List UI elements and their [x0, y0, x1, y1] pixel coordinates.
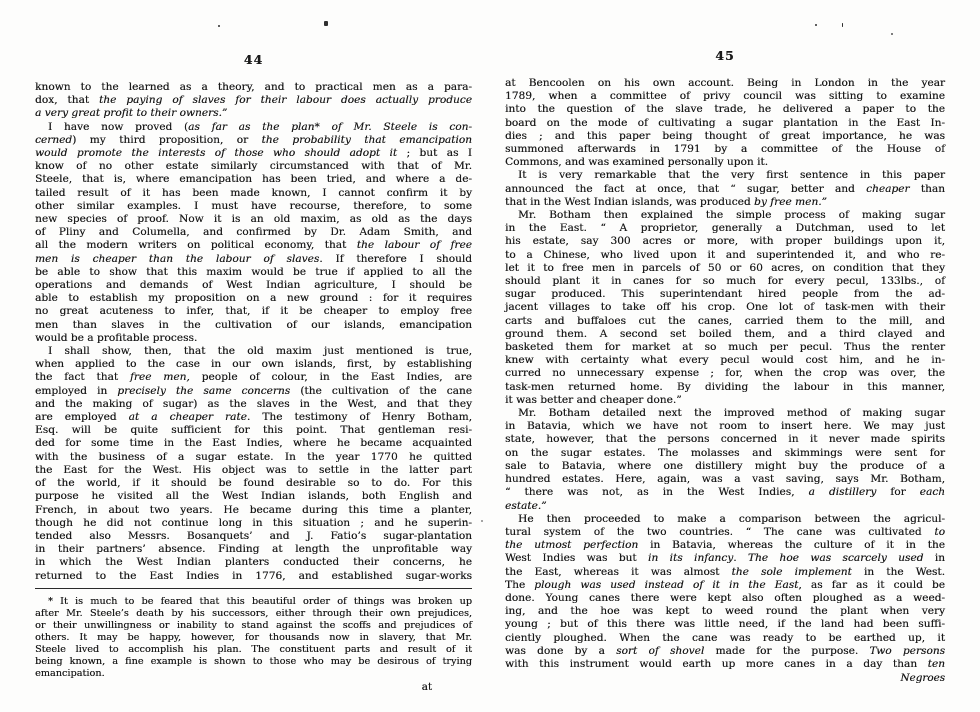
text-line: in Batavia, which we have not room to in…: [505, 420, 945, 433]
page-45-body-text: at Bencoolen on his own account. Being i…: [505, 77, 945, 671]
text-line: being known, a fine example is shown to …: [35, 656, 472, 668]
text-line: curred no unnecessary expense ; for, whe…: [505, 367, 945, 380]
text-line: known to the learned as a theory, and to…: [35, 81, 472, 94]
text-line: on the sugar estates. The molasses and s…: [505, 447, 945, 460]
text-line: announced the fact at once, that “ sugar…: [505, 183, 945, 196]
text-line: men than slaves in the cultivation of ou…: [35, 319, 472, 332]
footnote-separator: [35, 588, 472, 589]
text-line: other similar examples. I must have reco…: [35, 200, 472, 213]
text-line: or their unwillingness or inability to s…: [35, 620, 472, 632]
text-line: He then proceeded to make a comparison b…: [505, 513, 945, 526]
scan-speck: [842, 23, 843, 27]
text-line: in which the West Indian planters conduc…: [35, 556, 472, 569]
text-line: tended also Messrs. Bosanquets’ and J. F…: [35, 530, 472, 543]
page-number-45: 45: [505, 48, 945, 63]
text-line: sugar produced. This superintendant hire…: [505, 288, 945, 301]
text-line: of the world, if it should be found desi…: [35, 477, 472, 490]
text-line: it was better and cheaper done.”: [505, 394, 945, 407]
text-line: let it to free men in parcels of 50 or 6…: [505, 262, 945, 275]
text-line: his estate, say 300 acres or more, with …: [505, 235, 945, 248]
text-line: in their partners’ absence. Finding at l…: [35, 543, 472, 556]
text-line: Steele lived to accomplish his plan. The…: [35, 644, 472, 656]
page-44-footnote: * It is much to be feared that this beau…: [35, 596, 472, 680]
text-line: men is cheaper than the labour of slaves…: [35, 253, 472, 266]
text-line: ciently ploughed. When the cane was read…: [505, 632, 945, 645]
text-line: tural system of the two countries. “ The…: [505, 526, 945, 539]
text-line: Mr. Botham then explained the simple pro…: [505, 209, 945, 222]
text-line: jacent villages to take off his crop. On…: [505, 301, 945, 314]
text-line: the utmost perfection in Batavia, wherea…: [505, 539, 945, 552]
text-line: when applied to the case in our own isla…: [35, 358, 472, 371]
text-line: basketed them for market at so much per …: [505, 341, 945, 354]
page-number-44: 44: [35, 52, 472, 67]
text-line: dox, that the paying of slaves for their…: [35, 94, 472, 107]
text-line: It is very remarkable that the very firs…: [505, 169, 945, 182]
text-line: returned to the East Indies in 1776, and…: [35, 570, 472, 583]
text-line: ground them. A second set boiled them, a…: [505, 328, 945, 341]
text-line: of Pliny and Columella, and confirmed by…: [35, 226, 472, 239]
text-line: the East for the West. His object was to…: [35, 464, 472, 477]
left-page: 44 known to the learned as a theory, and…: [35, 52, 472, 693]
text-line: are employed at a cheaper rate. The test…: [35, 411, 472, 424]
text-line: that in the West Indian islands, was pro…: [505, 196, 945, 209]
catchword-page-44: at: [35, 681, 472, 693]
text-line: Commons, and was examined personally upo…: [505, 156, 945, 169]
text-line: ing, and the hoe was kept to weed round …: [505, 605, 945, 618]
text-line: cerned) my third proposition, or the pro…: [35, 134, 472, 147]
text-line: purpose he visited all the West Indian i…: [35, 490, 472, 503]
scan-speck: [481, 520, 483, 522]
text-line: knew with certainty what every pecul wou…: [505, 354, 945, 367]
text-line: French, in about two years. He became du…: [35, 504, 472, 517]
text-line: emancipation.: [35, 668, 472, 680]
text-line: ded for some time in the East Indies, wh…: [35, 437, 472, 450]
text-line: operations and demands of West Indian ag…: [35, 279, 472, 292]
scan-speck: [891, 33, 893, 35]
text-line: * It is much to be feared that this beau…: [35, 596, 472, 608]
text-line: young ; but of this there was little nee…: [505, 618, 945, 631]
text-line: the fact that free men, people of colour…: [35, 371, 472, 384]
text-line: new species of proof. Now it is an old m…: [35, 213, 472, 226]
text-line: The plough was used instead of it in the…: [505, 579, 945, 592]
text-line: no great acuteness to infer, that, if it…: [35, 305, 472, 318]
text-line: state, however, that the persons concern…: [505, 433, 945, 446]
text-line: though he did not continue long in this …: [35, 517, 472, 530]
text-line: all the modern writers on political econ…: [35, 239, 472, 252]
text-line: task-men returned home. By dividing the …: [505, 381, 945, 394]
right-page: 45 at Bencoolen on his own account. Bein…: [505, 48, 945, 684]
text-line: with the business of a sugar estate. In …: [35, 451, 472, 464]
text-line: Esq. will be quite sufficient for this p…: [35, 424, 472, 437]
text-line: sale to Batavia, where one distillery mi…: [505, 460, 945, 473]
text-line: be able to show that this maxim would be…: [35, 266, 472, 279]
text-line: board on the mode of cultivating a sugar…: [505, 117, 945, 130]
scan-speck: [815, 24, 817, 26]
text-line: summoned afterwards in 1791 by a committ…: [505, 143, 945, 156]
text-line: others. It may be happy, however, for th…: [35, 632, 472, 644]
text-line: I have now proved (as far as the plan* o…: [35, 121, 472, 134]
scan-speck: [324, 21, 328, 26]
text-line: employed in precisely the same concerns …: [35, 385, 472, 398]
text-line: done. Young canes there were kept also o…: [505, 592, 945, 605]
text-line: in the East. “ A proprietor, generally a…: [505, 222, 945, 235]
text-line: into the question of the slave trade, he…: [505, 103, 945, 116]
text-line: Mr. Botham detailed next the improved me…: [505, 407, 945, 420]
text-line: would be a profitable process.: [35, 332, 472, 345]
text-line: tailed result of it has been made known,…: [35, 187, 472, 200]
text-line: carts and buffaloes cut the canes, carri…: [505, 315, 945, 328]
text-line: “ there was not, as in the West Indies, …: [505, 486, 945, 499]
text-line: at Bencoolen on his own account. Being i…: [505, 77, 945, 90]
text-line: know of no other estate similarly circum…: [35, 160, 472, 173]
page-44-body-text: known to the learned as a theory, and to…: [35, 81, 472, 583]
catchword-page-45: Negroes: [505, 672, 945, 684]
text-line: Steele, that is, where emancipation has …: [35, 173, 472, 186]
text-line: the East, whereas it was almost the sole…: [505, 566, 945, 579]
text-line: would promote the interests of those who…: [35, 147, 472, 160]
text-line: to a Chinese, who lived upon it and supe…: [505, 249, 945, 262]
text-line: dies ; and this paper being thought of g…: [505, 130, 945, 143]
text-line: was done by a sort of shovel made for th…: [505, 645, 945, 658]
text-line: estate.”: [505, 500, 945, 513]
text-line: after Mr. Steele’s death by his successo…: [35, 608, 472, 620]
text-line: should plant it in canes for so much for…: [505, 275, 945, 288]
scan-speck: [218, 25, 220, 27]
text-line: hundred estates. Here, again, was a vast…: [505, 473, 945, 486]
text-line: I shall show, then, that the old maxim j…: [35, 345, 472, 358]
text-line: and the making of sugar) as the slaves i…: [35, 398, 472, 411]
text-line: West Indies was but in its infancy. The …: [505, 552, 945, 565]
text-line: with this instrument would earth up more…: [505, 658, 945, 671]
text-line: 1789, when a committee of privy council …: [505, 90, 945, 103]
text-line: able to establish my proposition on a ne…: [35, 292, 472, 305]
text-line: a very great profit to their owners.”: [35, 107, 472, 120]
